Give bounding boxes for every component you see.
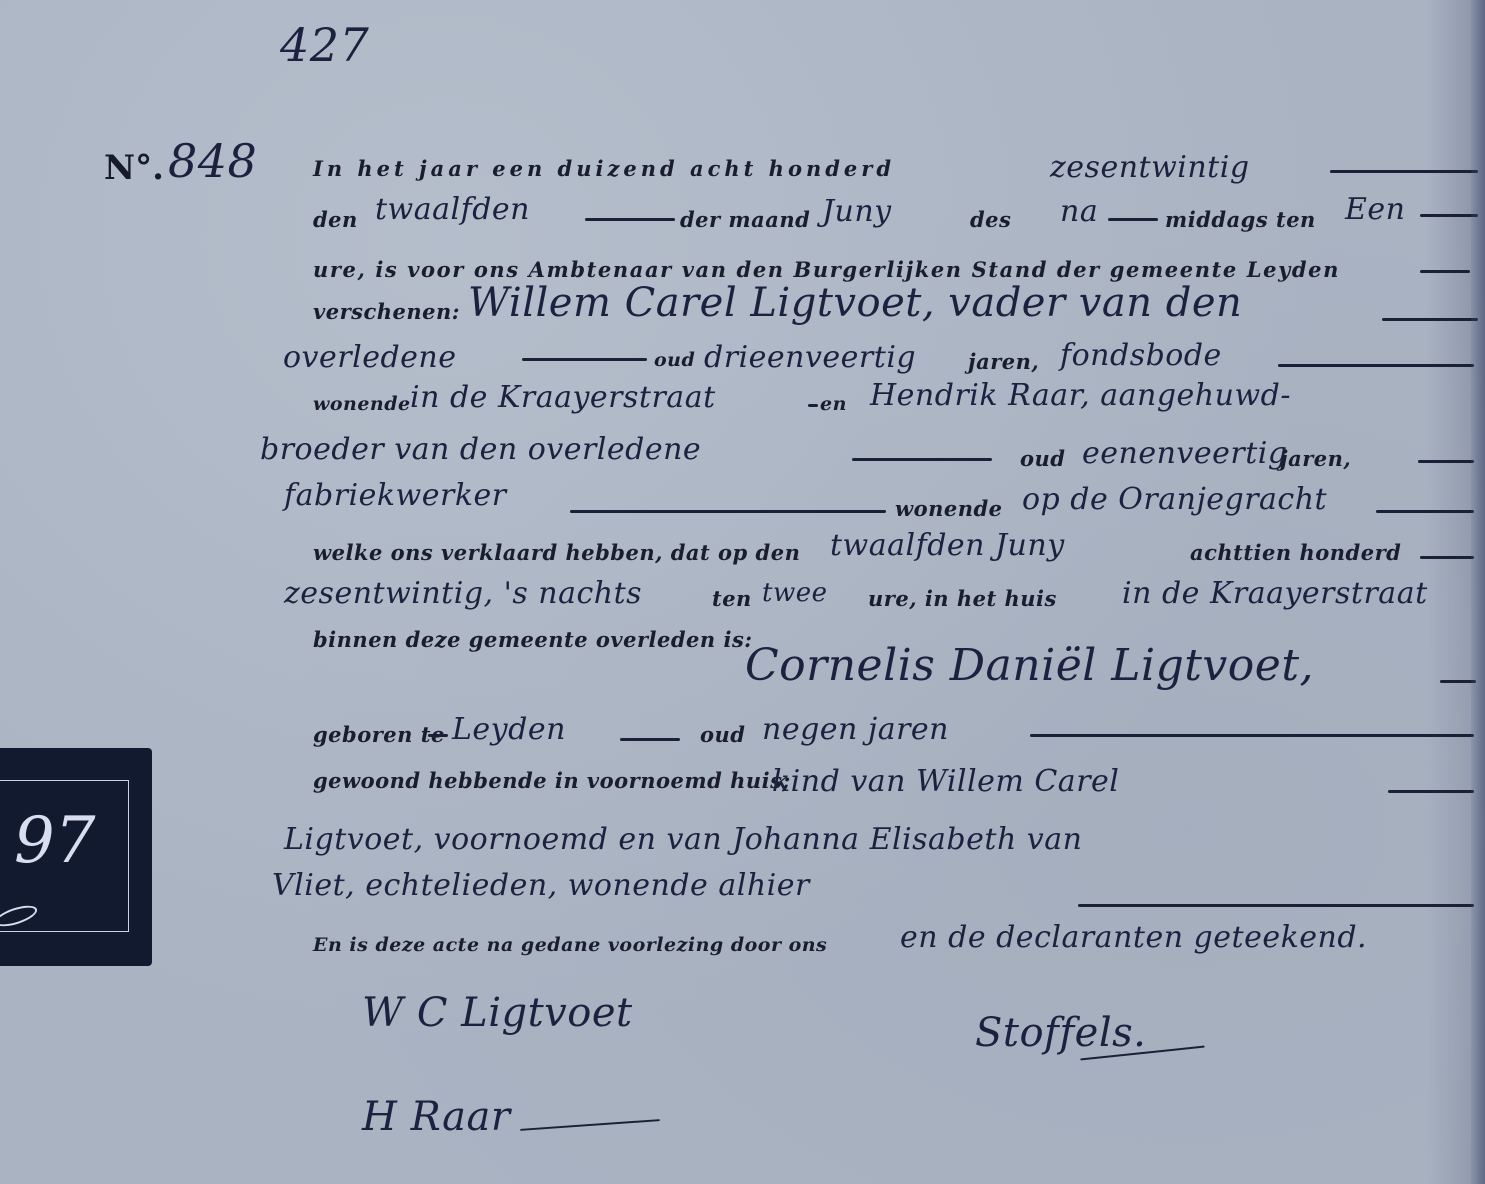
filler-line: [808, 404, 818, 407]
printed-text: welke ons verklaard hebben, dat op den: [313, 540, 800, 565]
filler-line: [852, 458, 992, 461]
filler-line: [1420, 556, 1474, 559]
handwritten-deceased-age: negen jaren: [762, 712, 949, 747]
filler-line: [1108, 218, 1158, 221]
folio-number: 427: [280, 18, 369, 72]
filler-line: [1420, 214, 1478, 217]
filler-line: [1330, 170, 1478, 173]
handwritten-declarant-2: Hendrik Raar, aangehuwd-: [870, 378, 1291, 413]
printed-text: achttien honderd: [1190, 540, 1401, 565]
handwritten-time-of-day: na: [1060, 194, 1098, 229]
handwritten-birthplace: Leyden: [452, 712, 566, 747]
handwritten-parents: Ligtvoet, voornoemd en van Johanna Elisa…: [284, 822, 1082, 857]
printed-text: En is deze acte na gedane voorlezing doo…: [313, 934, 827, 956]
printed-text: verschenen:: [313, 299, 460, 324]
signature-official: Stoffels.: [975, 1010, 1146, 1056]
signature-flourish: [520, 1119, 660, 1131]
printed-text: den: [313, 207, 358, 232]
handwritten-declarant-1: Willem Carel Ligtvoet, vader van den: [468, 280, 1242, 326]
archive-number-tab: 97: [0, 748, 152, 966]
printed-text: ten: [712, 586, 752, 611]
printed-text: middags ten: [1165, 207, 1316, 232]
page-edge-shadow: [1471, 0, 1485, 1184]
printed-text: jaren,: [968, 349, 1039, 374]
handwritten-signed-clause: en de declaranten geteekend.: [900, 920, 1367, 955]
archive-number: 97: [14, 804, 95, 878]
handwritten-address-2: op de Oranjegracht: [1022, 482, 1327, 517]
filler-line: [1278, 364, 1474, 367]
handwritten-occupation-2: fabriekwerker: [284, 478, 507, 513]
filler-line: [428, 734, 448, 737]
filler-line: [1030, 734, 1474, 737]
printed-text: jaren,: [1280, 446, 1351, 471]
filler-line: [522, 358, 647, 361]
printed-text: der maand: [680, 207, 810, 232]
printed-text: des: [970, 207, 1011, 232]
act-number-label: N°.: [104, 148, 164, 188]
printed-text: en: [820, 393, 847, 415]
signature-declarant-2: H Raar: [362, 1094, 510, 1140]
handwritten-child-of: kind van Willem Carel: [772, 764, 1119, 799]
handwritten-death-hour: twee: [762, 578, 827, 608]
act-number: 848: [168, 134, 257, 188]
handwritten-relation: overledene: [283, 340, 457, 375]
filler-line: [1376, 510, 1474, 513]
printed-text: wonende: [313, 393, 411, 415]
handwritten-day: twaalfden: [375, 192, 530, 227]
printed-text: oud: [1020, 446, 1065, 471]
handwritten-year: zesentwintig: [1050, 150, 1250, 185]
printed-text: oud: [654, 349, 695, 371]
filler-line: [620, 738, 680, 741]
printed-text: In het jaar een duizend acht honderd: [313, 156, 895, 181]
handwritten-relation-2: broeder van den overledene: [260, 432, 701, 467]
signature-declarant-1: W C Ligtvoet: [362, 990, 633, 1036]
handwritten-month: Juny: [822, 194, 892, 229]
printed-text: gewoond hebbende in voornoemd huis;: [313, 768, 791, 793]
handwritten-address-1: in de Kraayerstraat: [410, 380, 716, 415]
printed-text: wonende: [895, 496, 1003, 521]
filler-line: [1420, 270, 1470, 273]
filler-line: [1418, 460, 1474, 463]
filler-line: [1388, 790, 1474, 793]
printed-text: geboren te: [313, 722, 445, 747]
handwritten-age-2: eenenveertig: [1082, 436, 1288, 471]
handwritten-death-place: in de Kraayerstraat: [1122, 576, 1428, 611]
handwritten-parents-residence: Vliet, echtelieden, wonende alhier: [272, 868, 810, 903]
civil-register-death-record: 427 N°. 848 In het jaar een duizend acht…: [0, 0, 1485, 1184]
handwritten-deceased-name: Cornelis Daniël Ligtvoet,: [745, 640, 1314, 691]
filler-line: [570, 510, 886, 513]
handwritten-occupation-1: fondsbode: [1060, 338, 1222, 373]
handwritten-death-year-time: zesentwintig, 's nachts: [284, 576, 642, 611]
filler-line: [1078, 904, 1474, 907]
filler-line: [585, 218, 675, 221]
filler-line: [1382, 318, 1478, 321]
printed-text: binnen deze gemeente overleden is:: [313, 627, 753, 652]
printed-text: oud: [700, 722, 745, 747]
printed-text: ure, in het huis: [868, 586, 1057, 611]
handwritten-hour: Een: [1345, 192, 1405, 227]
handwritten-death-date: twaalfden Juny: [830, 528, 1065, 563]
handwritten-age-1: drieenveertig: [704, 340, 916, 375]
printed-text: ure, is voor ons Ambtenaar van den Burge…: [313, 257, 1340, 282]
